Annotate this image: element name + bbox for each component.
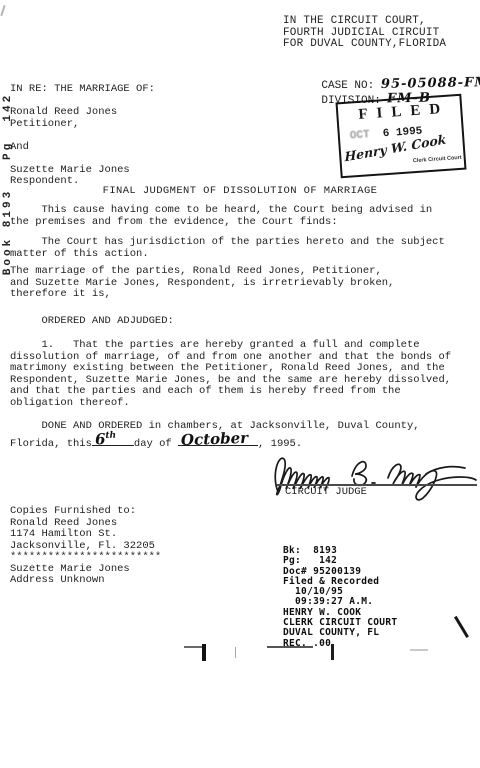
- date-mid: day of: [134, 438, 172, 450]
- scan-artifact-bar-2: [331, 644, 334, 660]
- date-prefix: Florida, this: [10, 438, 92, 450]
- month-blank: October: [178, 434, 258, 446]
- scan-artifact-backslash: [454, 616, 469, 638]
- paragraph-marriage-broken: The marriage of the parties, Ronald Reed…: [10, 266, 394, 301]
- handwritten-month: October: [181, 431, 249, 448]
- filed-stamp-clerk-label: Clerk Circuit Court: [413, 155, 462, 164]
- date-fill-line: Florida, this6thday of October, 1995.: [10, 434, 302, 451]
- paragraph-intro: This cause having come to be heard, the …: [10, 205, 432, 228]
- scan-artifact-bar-1: [202, 644, 206, 661]
- day-blank: 6th: [92, 434, 134, 446]
- court-header: IN THE CIRCUIT COURT,FOURTH JUDICIAL CIR…: [283, 16, 446, 51]
- filed-stamp-word: FILED: [338, 100, 461, 125]
- scan-artifact-dash-2: [267, 646, 313, 648]
- circuit-judge-label: CIRCUIT JUDGE: [285, 487, 367, 499]
- scan-artifact-tick-1: [235, 647, 236, 658]
- scan-artifact-top-left: [0, 5, 5, 16]
- scanned-court-document-page: Book 8193 Pg 142 IN THE CIRCUIT COURT,FO…: [0, 0, 480, 768]
- filed-stamp-month: OCT: [349, 129, 370, 142]
- recording-stamp-block: Bk: 8193Pg: 142Doc# 95200139Filed & Reco…: [283, 546, 397, 649]
- ordered-heading: ORDERED AND ADJUDGED:: [10, 316, 174, 328]
- paragraph-jurisdiction: The Court has jurisdiction of the partie…: [10, 237, 445, 260]
- copies-furnished-block: Copies Furnished to:Ronald Reed Jones117…: [10, 506, 161, 587]
- scan-artifact-dash-3: [410, 649, 428, 651]
- decree-paragraph: 1. That the parties are hereby granted a…: [10, 340, 451, 409]
- filed-stamp: FILED OCT 6 1995 Henry W. Cook Clerk Cir…: [336, 94, 467, 179]
- handwritten-day: 6th: [95, 429, 117, 448]
- case-caption: IN RE: THE MARRIAGE OF: Ronald Reed Jone…: [10, 84, 155, 188]
- document-title: FINAL JUDGMENT OF DISSOLUTION OF MARRIAG…: [0, 186, 480, 198]
